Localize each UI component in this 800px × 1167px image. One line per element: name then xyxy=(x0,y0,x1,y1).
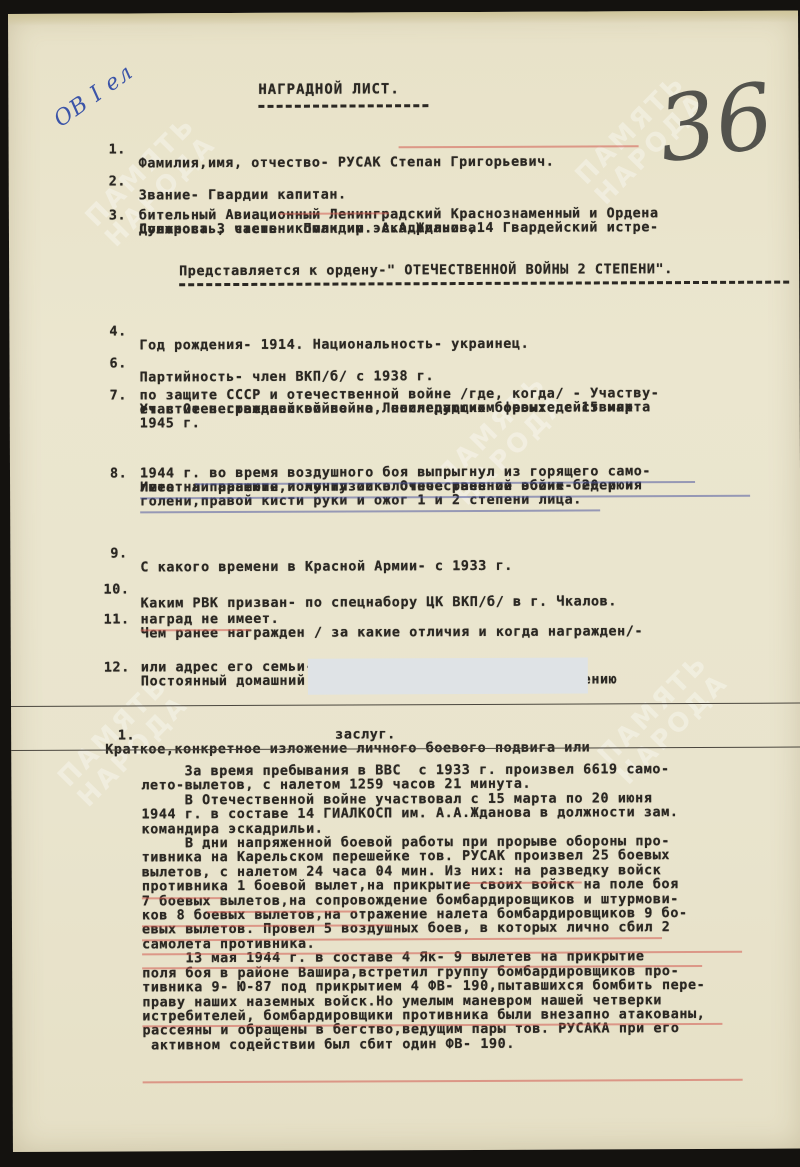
item-text: Суворова 3 степени Полк им. А.А.Жданова. xyxy=(139,222,486,238)
item-text: Каким РВК призван- по спецнабору ЦК ВКП/… xyxy=(141,595,617,611)
narrative-line: евых вылетов. Провел 5 воздушных боев, в… xyxy=(142,921,705,938)
item-number: 4. xyxy=(109,325,126,339)
item-text: Чем ранее награжден / за какие отличия и… xyxy=(141,625,643,641)
item-text: ет в Отечественной войне на Ленинградско… xyxy=(140,401,651,417)
handwritten-margin-note: ОВ I ел xyxy=(49,60,138,133)
item-text: Звание- Гвардии капитан. xyxy=(139,189,347,204)
blue-underline xyxy=(140,509,600,513)
item-number: 12. xyxy=(104,661,130,675)
nomination-underline xyxy=(179,281,789,287)
red-underline xyxy=(399,145,639,148)
redacted-address xyxy=(308,657,588,694)
item-number: 3. xyxy=(109,209,126,223)
document-title: НАГРАДНОЙ ЛИСТ. xyxy=(258,82,399,97)
item-number: 6. xyxy=(110,357,127,371)
item-text: С какого времени в Красной Армии- с 1933… xyxy=(140,560,513,576)
nomination-line: Представляется к ордену-" ОТЕЧЕСТВЕННОЙ … xyxy=(179,263,673,279)
red-underline xyxy=(143,1079,743,1084)
item-number: 10. xyxy=(103,583,129,597)
narrative-line: 1944 г. в составе 14 ГИАЛКОСП им. А.А.Жд… xyxy=(141,806,704,823)
field-position-unit: 3. Должность, часть- командир эскадрильи… xyxy=(109,195,144,279)
field-home-address: 12. Постоянный домашний адрес представля… xyxy=(104,647,139,717)
handwritten-page-number: 36 xyxy=(652,63,780,183)
item-number: 8. xyxy=(110,467,127,481)
item-number: 7. xyxy=(110,389,127,403)
item-text: Партийность- член ВКП/б/ с 1938 г. xyxy=(140,370,435,385)
item-text: 1945 г. xyxy=(140,417,201,431)
item-text: Фамилия,имя, отчество- РУСАК Степан Григ… xyxy=(139,156,555,172)
item-number: 11. xyxy=(104,613,130,627)
item-number: 9. xyxy=(110,547,127,561)
item-text: наград не имеет. xyxy=(141,613,280,628)
narrative-line: активном содействии был сбит один ФВ- 19… xyxy=(142,1037,705,1054)
item-number: 2. xyxy=(109,175,126,189)
item-text: или адрес его семьи- xyxy=(141,661,314,676)
narrative-text: За время пребывания в ВВС с 1933 г. прои… xyxy=(141,763,705,1054)
item-text: Год рождения- 1914. Национальность- укра… xyxy=(139,338,529,354)
red-underline xyxy=(142,897,222,899)
section-number: 1. xyxy=(118,728,135,743)
title-underline xyxy=(258,104,428,108)
section-heading-text: заслуг. xyxy=(335,728,396,742)
award-sheet-page: ПАМЯТЬНАРОДА ПАМЯТЬНАРОДА ПАМЯТЬНАРОДА П… xyxy=(8,11,800,1152)
item-number: 1. xyxy=(109,143,126,157)
